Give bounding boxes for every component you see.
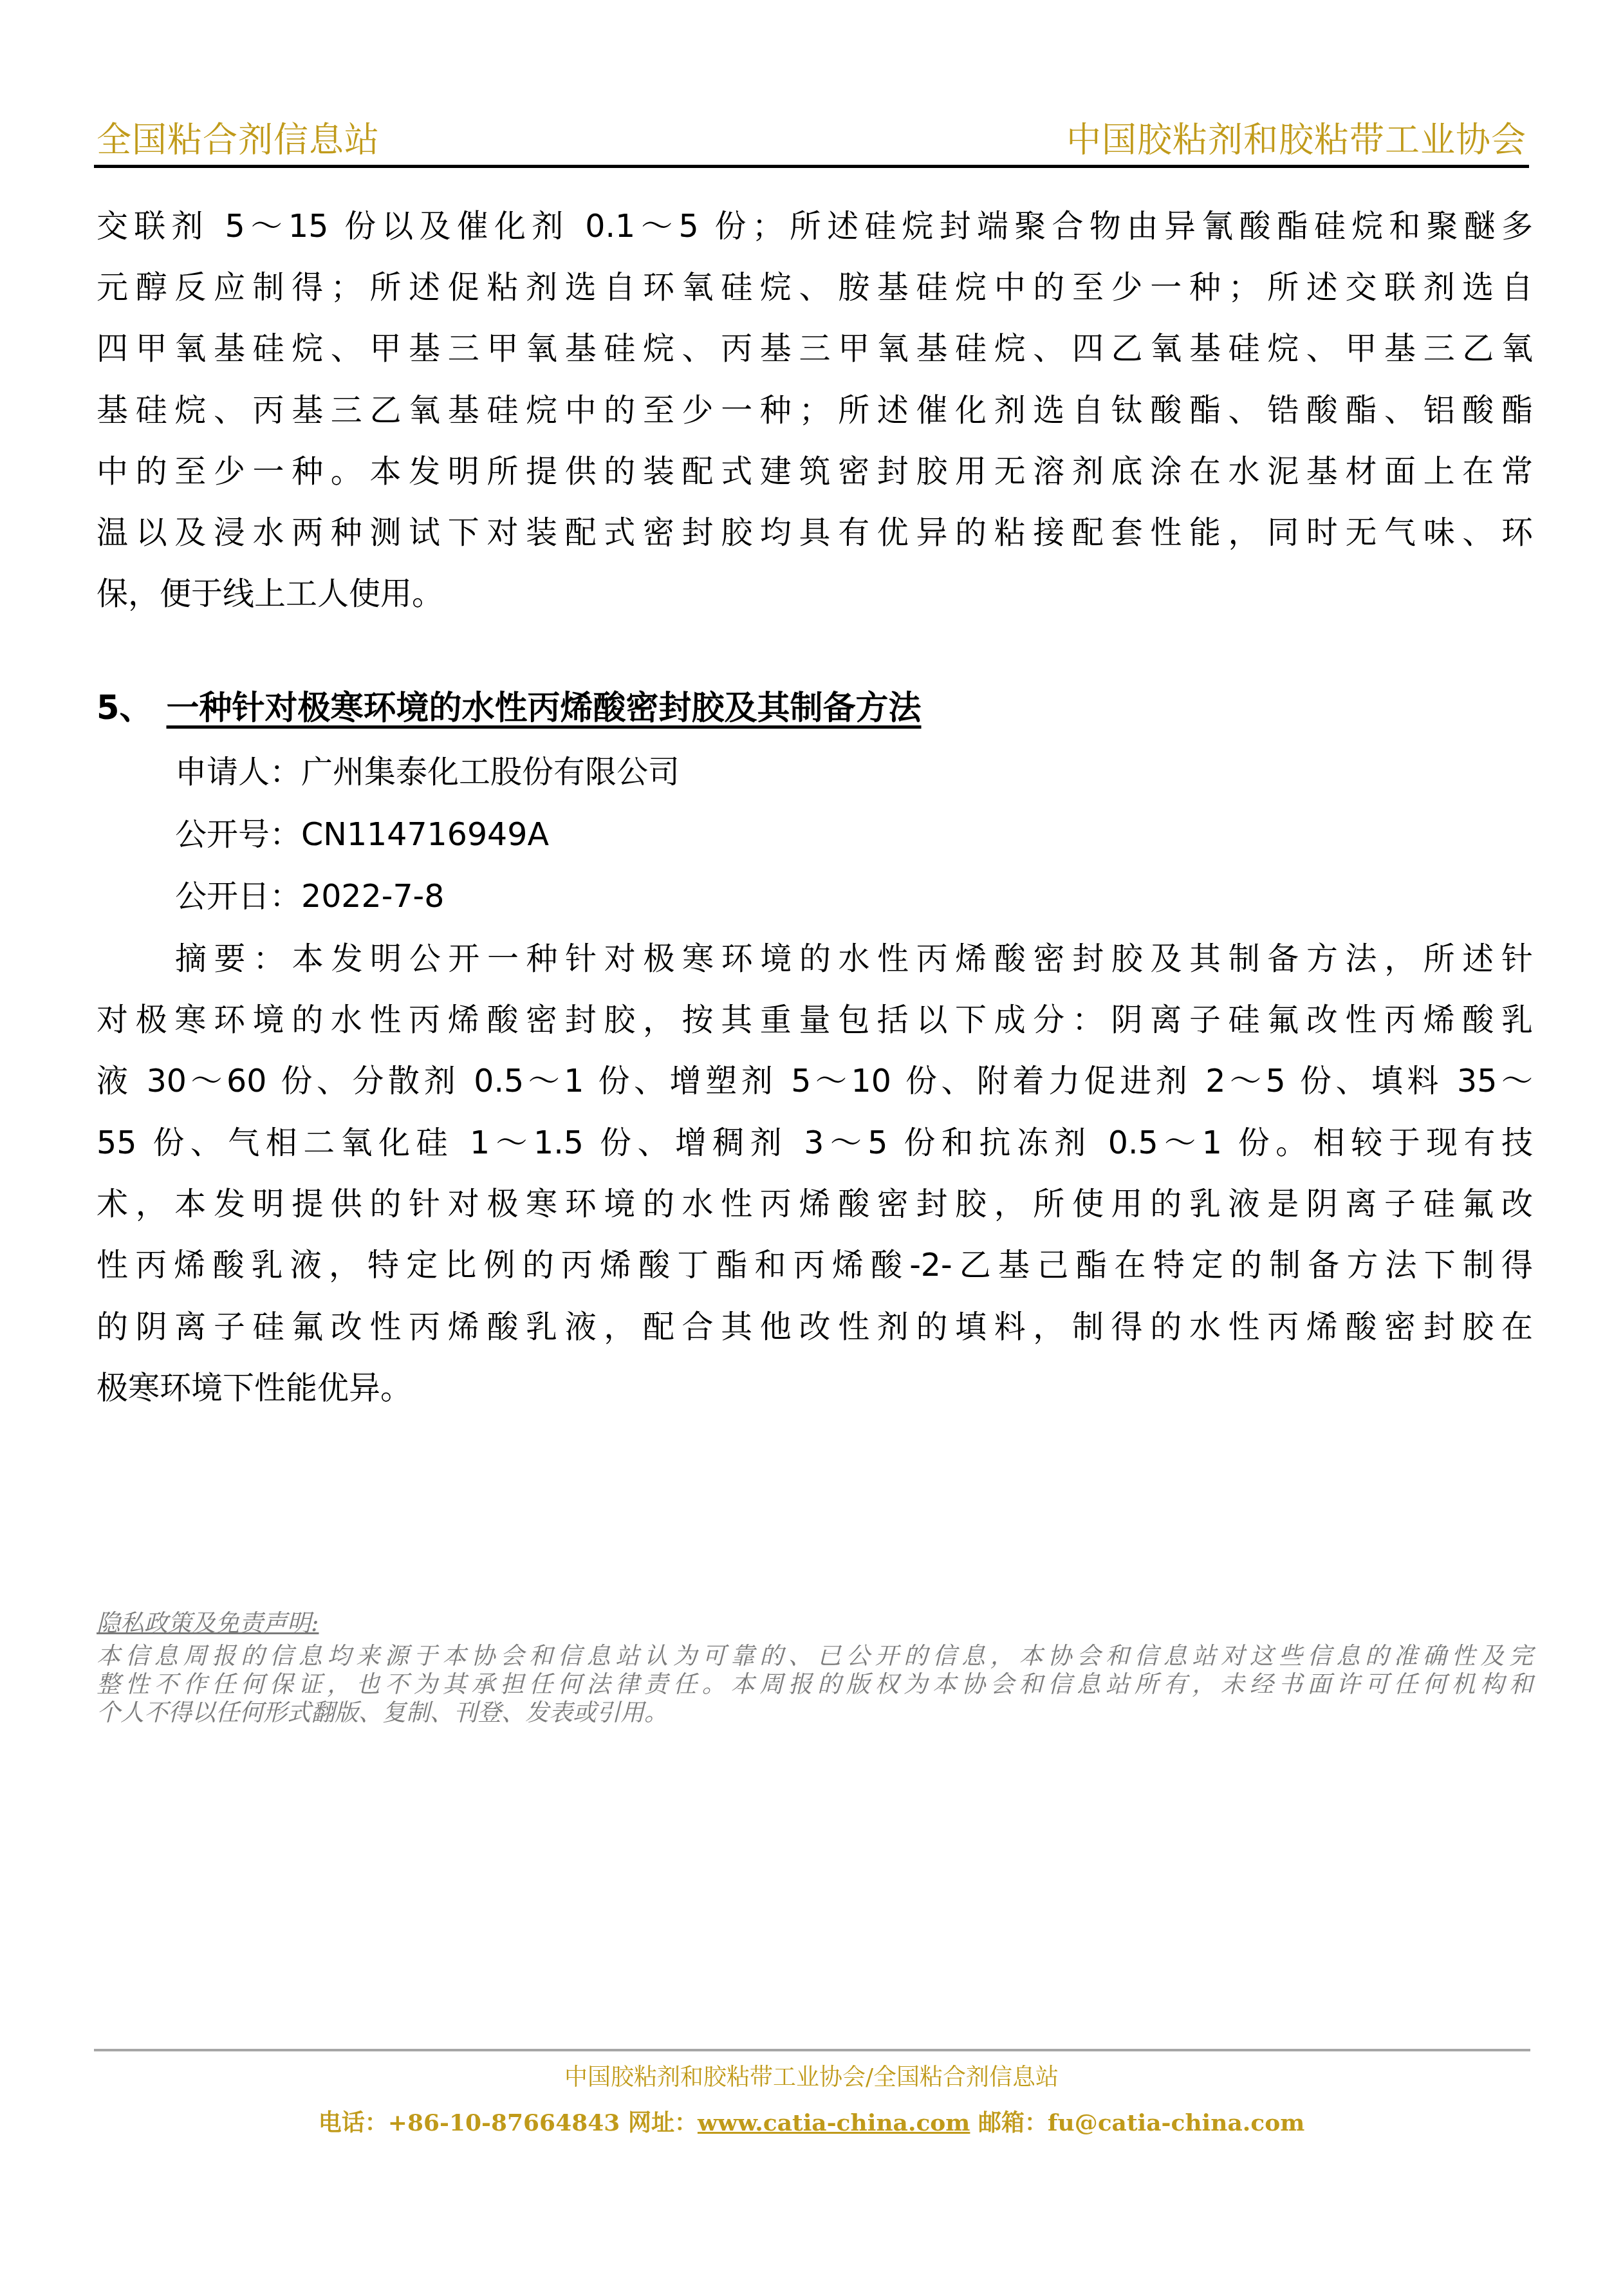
footer-contact: 电话：+86-10-87664843 网址：www.catia-china.co… xyxy=(0,2109,1623,2137)
phone-label: 电话： xyxy=(319,2109,388,2136)
text-line: 交联剂 5～15 份以及催化剂 0.1～5 份；所述硅烷封端聚合物由异氰酸酯硅烷… xyxy=(97,207,1533,246)
phone-number: +86-10-87664843 xyxy=(388,2109,620,2136)
publication-date-label: 公开日： xyxy=(175,878,301,915)
patent-number: 5、 xyxy=(97,689,153,727)
patent-title: 一种针对极寒环境的水性丙烯酸密封胶及其制备方法 xyxy=(167,689,922,727)
text-line: 液 30～60 份、分散剂 0.5～1 份、增塑剂 5～10 份、附着力促进剂 … xyxy=(97,1062,1533,1101)
text-line: 极寒环境下性能优异。 xyxy=(97,1369,1533,1408)
website-link[interactable]: www.catia-china.com xyxy=(698,2109,970,2136)
publication-number-label: 公开号： xyxy=(175,816,301,853)
header-site-name: 全国粘合剂信息站 xyxy=(97,120,380,161)
text-line: 的阴离子硅氟改性丙烯酸乳液，配合其他改性剂的填料，制得的水性丙烯酸密封胶在 xyxy=(97,1308,1533,1347)
publication-number-row: 公开号：CN114716949A xyxy=(175,816,549,854)
text-line: 性丙烯酸乳液，特定比例的丙烯酸丁酯和丙烯酸-2-乙基己酯在特定的制备方法下制得 xyxy=(97,1246,1533,1285)
footer-divider xyxy=(94,2049,1530,2051)
email-address: fu@catia-china.com xyxy=(1048,2109,1304,2136)
text-line: 基硅烷、丙基三乙氧基硅烷中的至少一种；所述催化剂选自钛酸酯、锆酸酯、铝酸酯 xyxy=(97,391,1533,430)
publication-date-value: 2022-7-8 xyxy=(301,878,444,915)
applicant-label: 申请人： xyxy=(175,754,301,790)
header-association-name: 中国胶粘剂和胶粘带工业协会 xyxy=(1066,120,1526,161)
text-line: 对极寒环境的水性丙烯酸密封胶，按其重量包括以下成分：阴离子硅氟改性丙烯酸乳 xyxy=(97,1001,1533,1040)
disclaimer-line: 个人不得以任何形式翻版、复制、刊登、发表或引用。 xyxy=(97,1699,1533,1727)
patent-heading: 5、一种针对极寒环境的水性丙烯酸密封胶及其制备方法 xyxy=(97,689,922,729)
text-line: 摘要：本发明公开一种针对极寒环境的水性丙烯酸密封胶及其制备方法，所述针 xyxy=(175,940,1533,978)
text-line: 四甲氧基硅烷、甲基三甲氧基硅烷、丙基三甲氧基硅烷、四乙氧基硅烷、甲基三乙氧 xyxy=(97,330,1533,368)
text-line: 保，便于线上工人使用。 xyxy=(97,575,1533,613)
publication-date-row: 公开日：2022-7-8 xyxy=(175,877,444,916)
email-label: 邮箱： xyxy=(970,2109,1048,2136)
text-line: 术，本发明提供的针对极寒环境的水性丙烯酸密封胶，所使用的乳液是阴离子硅氟改 xyxy=(97,1185,1533,1224)
text-line: 元醇反应制得；所述促粘剂选自环氧硅烷、胺基硅烷中的至少一种；所述交联剂选自 xyxy=(97,268,1533,307)
disclaimer-title: 隐私政策及免责声明: xyxy=(97,1609,319,1638)
text-line: 55 份、气相二氧化硅 1～1.5 份、增稠剂 3～5 份和抗冻剂 0.5～1 … xyxy=(97,1124,1533,1162)
footer-organization: 中国胶粘剂和胶粘带工业协会/全国粘合剂信息站 xyxy=(0,2064,1623,2092)
disclaimer-line: 整性不作任何保证，也不为其承担任何法律责任。本周报的版权为本协会和信息站所有，未… xyxy=(97,1670,1533,1699)
website-label: 网址： xyxy=(620,2109,698,2136)
applicant-value: 广州集泰化工股份有限公司 xyxy=(301,754,680,790)
disclaimer-line: 本信息周报的信息均来源于本协会和信息站认为可靠的、已公开的信息，本协会和信息站对… xyxy=(97,1642,1533,1670)
publication-number-value: CN114716949A xyxy=(301,816,549,853)
text-line: 温以及浸水两种测试下对装配式密封胶均具有优异的粘接配套性能，同时无气味、环 xyxy=(97,514,1533,552)
header-divider xyxy=(94,165,1529,168)
text-line: 中的至少一种。本发明所提供的装配式建筑密封胶用无溶剂底涂在水泥基材面上在常 xyxy=(97,453,1533,491)
applicant-row: 申请人：广州集泰化工股份有限公司 xyxy=(175,753,680,792)
